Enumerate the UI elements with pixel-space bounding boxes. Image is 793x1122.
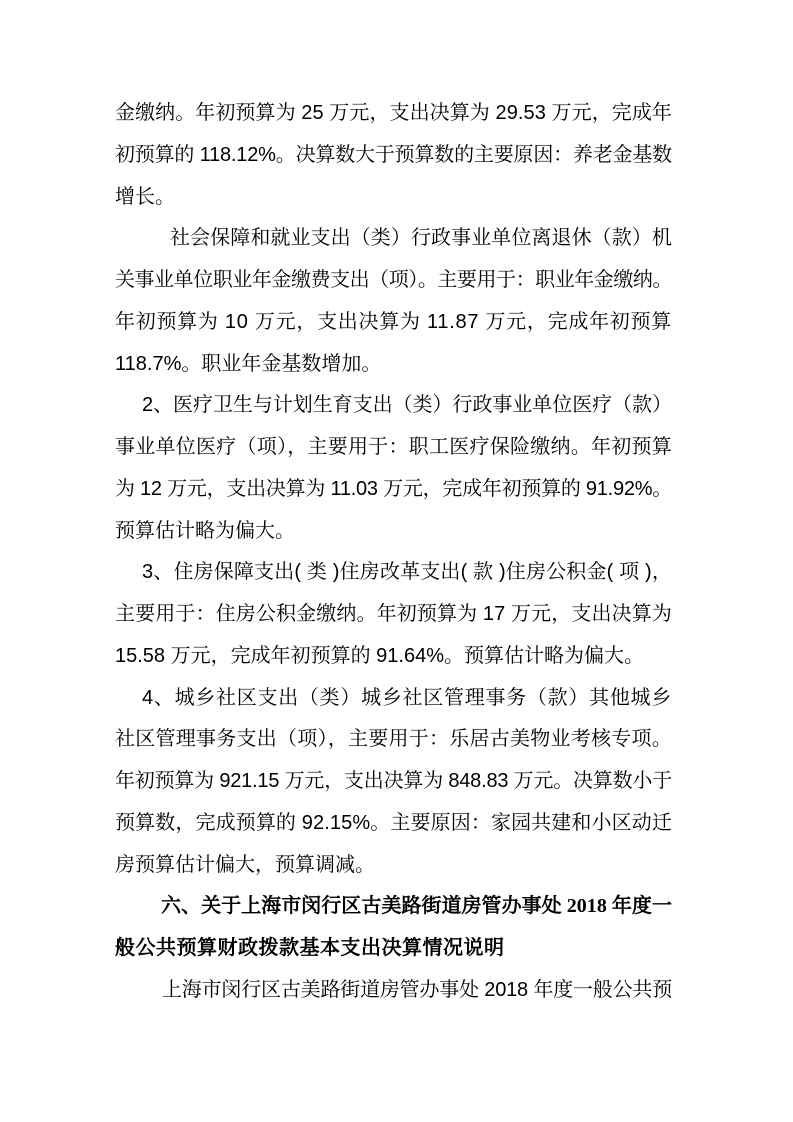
text-line: 社会保障和就业支出（类）行政事业单位离退休（款）机 [115,218,672,260]
text-line: 社区管理事务支出（项），主要用于：乐居古美物业考核专项。 [115,719,672,761]
text-line: 房预算估计偏大，预算调减。 [115,845,672,887]
text-line: 2、医疗卫生与计划生育支出（类）行政事业单位医疗（款） [115,385,672,427]
text-line: 年初预算为 10 万元，支出决算为 11.87 万元，完成年初预算 [115,302,672,344]
text-line: 15.58 万元，完成年初预算的 91.64%。预算估计略为偏大。 [115,636,672,678]
text-line: 六、关于上海市闵行区古美路街道房管办事处 2018 年度一 [115,886,672,928]
text-line: 年初预算为 921.15 万元，支出决算为 848.83 万元。决算数小于 [115,761,672,803]
para-social-security-annuity: 社会保障和就业支出（类）行政事业单位离退休（款）机关事业单位职业年金缴费支出（项… [115,218,672,385]
heading-section-six: 六、关于上海市闵行区古美路街道房管办事处 2018 年度一般公共预算财政拨款基本… [115,886,672,970]
document-text-block: 金缴纳。年初预算为 25 万元，支出决算为 29.53 万元，完成年初预算的 1… [115,93,672,1012]
text-line: 预算数，完成预算的 92.15%。主要原因：家园共建和小区动迁 [115,803,672,845]
text-line: 初预算的 118.12%。决算数大于预算数的主要原因：养老金基数 [115,135,672,177]
text-line: 增长。 [115,177,672,219]
text-line: 般公共预算财政拨款基本支出决算情况说明 [115,928,672,970]
para-section-six-intro: 上海市闵行区古美路街道房管办事处 2018 年度一般公共预 [115,970,672,1012]
para-3-housing-expenditure: 3、住房保障支出( 类 )住房改革支出( 款 )住房公积金( 项 )，主要用于：… [115,552,672,677]
text-line: 事业单位医疗（项），主要用于：职工医疗保险缴纳。年初预算 [115,427,672,469]
text-line: 金缴纳。年初预算为 25 万元，支出决算为 29.53 万元，完成年 [115,93,672,135]
text-line: 3、住房保障支出( 类 )住房改革支出( 款 )住房公积金( 项 )， [115,552,672,594]
text-line: 上海市闵行区古美路街道房管办事处 2018 年度一般公共预 [115,970,672,1012]
para-2-medical-expenditure: 2、医疗卫生与计划生育支出（类）行政事业单位医疗（款）事业单位医疗（项），主要用… [115,385,672,552]
text-line: 118.7%。职业年金基数增加。 [115,344,672,386]
text-line: 预算估计略为偏大。 [115,511,672,553]
text-line: 关事业单位职业年金缴费支出（项）。主要用于：职业年金缴纳。 [115,260,672,302]
text-line: 主要用于：住房公积金缴纳。年初预算为 17 万元，支出决算为 [115,594,672,636]
para-pension-contribution-continued: 金缴纳。年初预算为 25 万元，支出决算为 29.53 万元，完成年初预算的 1… [115,93,672,218]
para-4-community-expenditure: 4、城乡社区支出（类）城乡社区管理事务（款）其他城乡社区管理事务支出（项），主要… [115,678,672,887]
text-line: 为 12 万元，支出决算为 11.03 万元，完成年初预算的 91.92%。 [115,469,672,511]
document-page: 金缴纳。年初预算为 25 万元，支出决算为 29.53 万元，完成年初预算的 1… [0,0,793,1122]
text-line: 4、城乡社区支出（类）城乡社区管理事务（款）其他城乡 [115,678,672,720]
